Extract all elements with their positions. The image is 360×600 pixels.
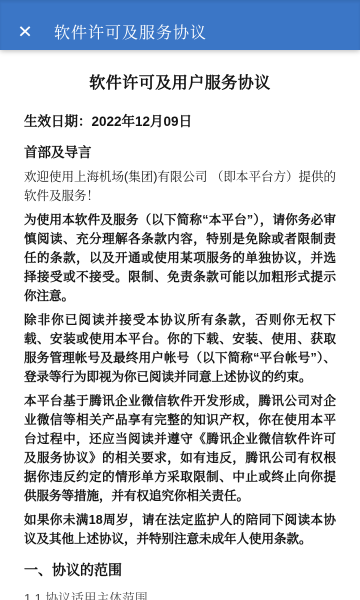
document-title: 软件许可及用户服务协议 [24,70,336,93]
agreement-scroll-area[interactable]: 软件许可及用户服务协议 生效日期：2022年12月09日 首部及导言 欢迎使用上… [0,50,360,600]
subsection-heading: 1.1 协议适用主体范围 [24,588,336,600]
agreement-page: ✕ 软件许可及服务协议 软件许可及用户服务协议 生效日期：2022年12月09日… [0,0,360,600]
paragraph: 本平台基于腾讯企业微信软件开发形成，腾讯公司对企业微信等相关产品享有完整的知识产… [24,392,336,506]
agreement-paragraphs: 欢迎使用上海机场(集团)有限公司 （即本平台方）提供的软件及服务！为使用本软件及… [24,168,336,549]
section-heading: 一、协议的范围 [24,560,336,580]
effective-date: 生效日期：2022年12月09日 [24,110,336,130]
close-icon: ✕ [17,19,32,44]
app-bar: ✕ 软件许可及服务协议 [0,0,360,50]
intro-heading: 首部及导言 [24,141,336,161]
paragraph: 除非你已阅读并接受本协议所有条款，否则你无权下载、安装或使用本平台。你的下载、安… [24,311,336,387]
paragraph: 如果你未满18周岁，请在法定监护人的陪同下阅读本协议及其他上述协议，并特别注意未… [24,511,336,549]
app-bar-title: 软件许可及服务协议 [54,20,207,43]
paragraph: 为使用本软件及服务（以下简称“本平台”），请你务必审慎阅读、充分理解各条款内容，… [24,211,336,306]
close-button[interactable]: ✕ [12,19,38,45]
paragraph: 欢迎使用上海机场(集团)有限公司 （即本平台方）提供的软件及服务！ [24,168,336,206]
